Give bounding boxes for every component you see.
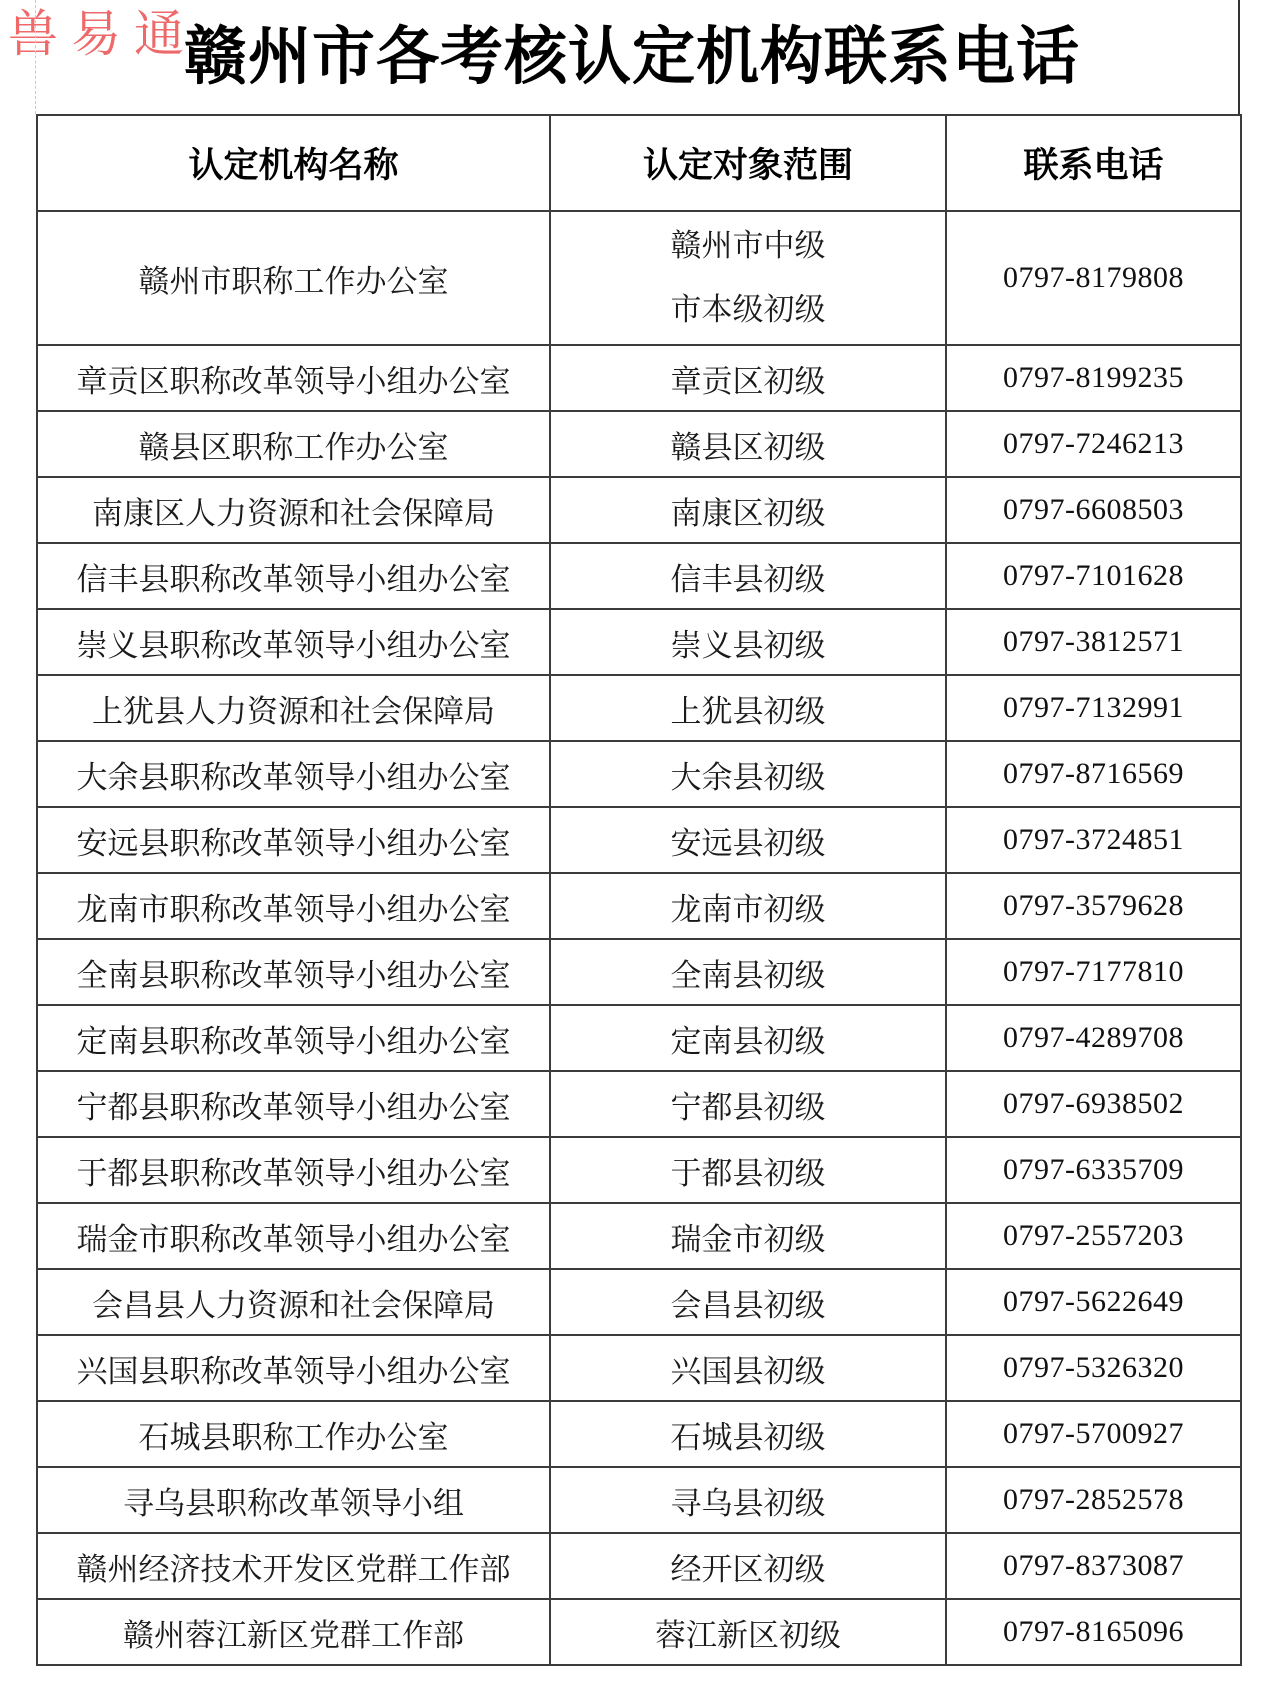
table-row: 上犹县人力资源和社会保障局 上犹县初级 0797-7132991 [37, 675, 1241, 741]
phone-cell: 0797-8179808 [946, 211, 1241, 345]
scope-cell: 安远县初级 [550, 807, 946, 873]
watermark-logo: 兽易通 [8, 0, 197, 66]
table-row: 宁都县职称改革领导小组办公室 宁都县初级 0797-6938502 [37, 1071, 1241, 1137]
scope-cell: 章贡区初级 [550, 345, 946, 411]
phone-cell: 0797-7101628 [946, 543, 1241, 609]
phone-cell: 0797-4289708 [946, 1005, 1241, 1071]
org-cell: 章贡区职称改革领导小组办公室 [37, 345, 550, 411]
org-cell: 上犹县人力资源和社会保障局 [37, 675, 550, 741]
scope-cell: 兴国县初级 [550, 1335, 946, 1401]
org-cell: 赣州经济技术开发区党群工作部 [37, 1533, 550, 1599]
org-cell: 龙南市职称改革领导小组办公室 [37, 873, 550, 939]
org-cell: 会昌县人力资源和社会保障局 [37, 1269, 550, 1335]
org-cell: 赣州蓉江新区党群工作部 [37, 1599, 550, 1665]
phone-cell: 0797-5622649 [946, 1269, 1241, 1335]
table-row: 石城县职称工作办公室 石城县初级 0797-5700927 [37, 1401, 1241, 1467]
table-row: 龙南市职称改革领导小组办公室 龙南市初级 0797-3579628 [37, 873, 1241, 939]
contact-table: 认定机构名称 认定对象范围 联系电话 赣州市职称工作办公室 赣州市中级 市本级初… [36, 114, 1242, 1666]
scope-cell: 宁都县初级 [550, 1071, 946, 1137]
phone-cell: 0797-7132991 [946, 675, 1241, 741]
scope-cell: 瑞金市初级 [550, 1203, 946, 1269]
table-row: 南康区人力资源和社会保障局 南康区初级 0797-6608503 [37, 477, 1241, 543]
org-cell: 安远县职称改革领导小组办公室 [37, 807, 550, 873]
phone-cell: 0797-2557203 [946, 1203, 1241, 1269]
scope-cell: 寻乌县初级 [550, 1467, 946, 1533]
org-cell: 宁都县职称改革领导小组办公室 [37, 1071, 550, 1137]
org-cell: 定南县职称改革领导小组办公室 [37, 1005, 550, 1071]
phone-cell: 0797-6938502 [946, 1071, 1241, 1137]
phone-cell: 0797-8199235 [946, 345, 1241, 411]
table-row: 安远县职称改革领导小组办公室 安远县初级 0797-3724851 [37, 807, 1241, 873]
table-row: 大余县职称改革领导小组办公室 大余县初级 0797-8716569 [37, 741, 1241, 807]
org-cell: 石城县职称工作办公室 [37, 1401, 550, 1467]
phone-cell: 0797-5326320 [946, 1335, 1241, 1401]
table-row: 兴国县职称改革领导小组办公室 兴国县初级 0797-5326320 [37, 1335, 1241, 1401]
table-row: 赣州市职称工作办公室 赣州市中级 市本级初级 0797-8179808 [37, 211, 1241, 345]
table-row: 崇义县职称改革领导小组办公室 崇义县初级 0797-3812571 [37, 609, 1241, 675]
scope-cell: 赣州市中级 市本级初级 [550, 211, 946, 345]
scope-cell: 石城县初级 [550, 1401, 946, 1467]
table-row: 赣县区职称工作办公室 赣县区初级 0797-7246213 [37, 411, 1241, 477]
scope-cell: 于都县初级 [550, 1137, 946, 1203]
scope-cell: 南康区初级 [550, 477, 946, 543]
org-cell: 赣县区职称工作办公室 [37, 411, 550, 477]
table-row: 于都县职称改革领导小组办公室 于都县初级 0797-6335709 [37, 1137, 1241, 1203]
phone-cell: 0797-8373087 [946, 1533, 1241, 1599]
org-cell: 瑞金市职称改革领导小组办公室 [37, 1203, 550, 1269]
scope-line-1: 赣州市中级 [551, 228, 945, 264]
table-row: 寻乌县职称改革领导小组 寻乌县初级 0797-2852578 [37, 1467, 1241, 1533]
column-header-scope: 认定对象范围 [550, 115, 946, 211]
column-header-org: 认定机构名称 [37, 115, 550, 211]
table-row: 会昌县人力资源和社会保障局 会昌县初级 0797-5622649 [37, 1269, 1241, 1335]
left-guide-line [35, 0, 36, 114]
org-cell: 赣州市职称工作办公室 [37, 211, 550, 345]
phone-cell: 0797-7246213 [946, 411, 1241, 477]
scope-cell: 蓉江新区初级 [550, 1599, 946, 1665]
scope-cell: 大余县初级 [550, 741, 946, 807]
phone-cell: 0797-5700927 [946, 1401, 1241, 1467]
table-row: 赣州经济技术开发区党群工作部 经开区初级 0797-8373087 [37, 1533, 1241, 1599]
table-row: 定南县职称改革领导小组办公室 定南县初级 0797-4289708 [37, 1005, 1241, 1071]
right-border-line [1238, 0, 1240, 116]
table-row: 赣州蓉江新区党群工作部 蓉江新区初级 0797-8165096 [37, 1599, 1241, 1665]
phone-cell: 0797-3579628 [946, 873, 1241, 939]
phone-cell: 0797-6335709 [946, 1137, 1241, 1203]
org-cell: 崇义县职称改革领导小组办公室 [37, 609, 550, 675]
org-cell: 于都县职称改革领导小组办公室 [37, 1137, 550, 1203]
scope-cell: 定南县初级 [550, 1005, 946, 1071]
phone-cell: 0797-6608503 [946, 477, 1241, 543]
org-cell: 信丰县职称改革领导小组办公室 [37, 543, 550, 609]
scope-cell: 经开区初级 [550, 1533, 946, 1599]
phone-cell: 0797-8165096 [946, 1599, 1241, 1665]
scope-line-2: 市本级初级 [551, 292, 945, 328]
org-cell: 寻乌县职称改革领导小组 [37, 1467, 550, 1533]
table-row: 章贡区职称改革领导小组办公室 章贡区初级 0797-8199235 [37, 345, 1241, 411]
scope-cell: 崇义县初级 [550, 609, 946, 675]
table-row: 瑞金市职称改革领导小组办公室 瑞金市初级 0797-2557203 [37, 1203, 1241, 1269]
scope-cell: 龙南市初级 [550, 873, 946, 939]
table-row: 全南县职称改革领导小组办公室 全南县初级 0797-7177810 [37, 939, 1241, 1005]
scope-cell: 会昌县初级 [550, 1269, 946, 1335]
phone-cell: 0797-2852578 [946, 1467, 1241, 1533]
phone-cell: 0797-3812571 [946, 609, 1241, 675]
table-row: 信丰县职称改革领导小组办公室 信丰县初级 0797-7101628 [37, 543, 1241, 609]
org-cell: 大余县职称改革领导小组办公室 [37, 741, 550, 807]
scope-cell: 赣县区初级 [550, 411, 946, 477]
phone-cell: 0797-3724851 [946, 807, 1241, 873]
header-row: 认定机构名称 认定对象范围 联系电话 [37, 115, 1241, 211]
org-cell: 南康区人力资源和社会保障局 [37, 477, 550, 543]
phone-cell: 0797-8716569 [946, 741, 1241, 807]
page-title: 赣州市各考核认定机构联系电话 [184, 6, 1080, 97]
scope-cell: 信丰县初级 [550, 543, 946, 609]
column-header-phone: 联系电话 [946, 115, 1241, 211]
org-cell: 全南县职称改革领导小组办公室 [37, 939, 550, 1005]
phone-cell: 0797-7177810 [946, 939, 1241, 1005]
scope-cell: 上犹县初级 [550, 675, 946, 741]
org-cell: 兴国县职称改革领导小组办公室 [37, 1335, 550, 1401]
scope-cell: 全南县初级 [550, 939, 946, 1005]
